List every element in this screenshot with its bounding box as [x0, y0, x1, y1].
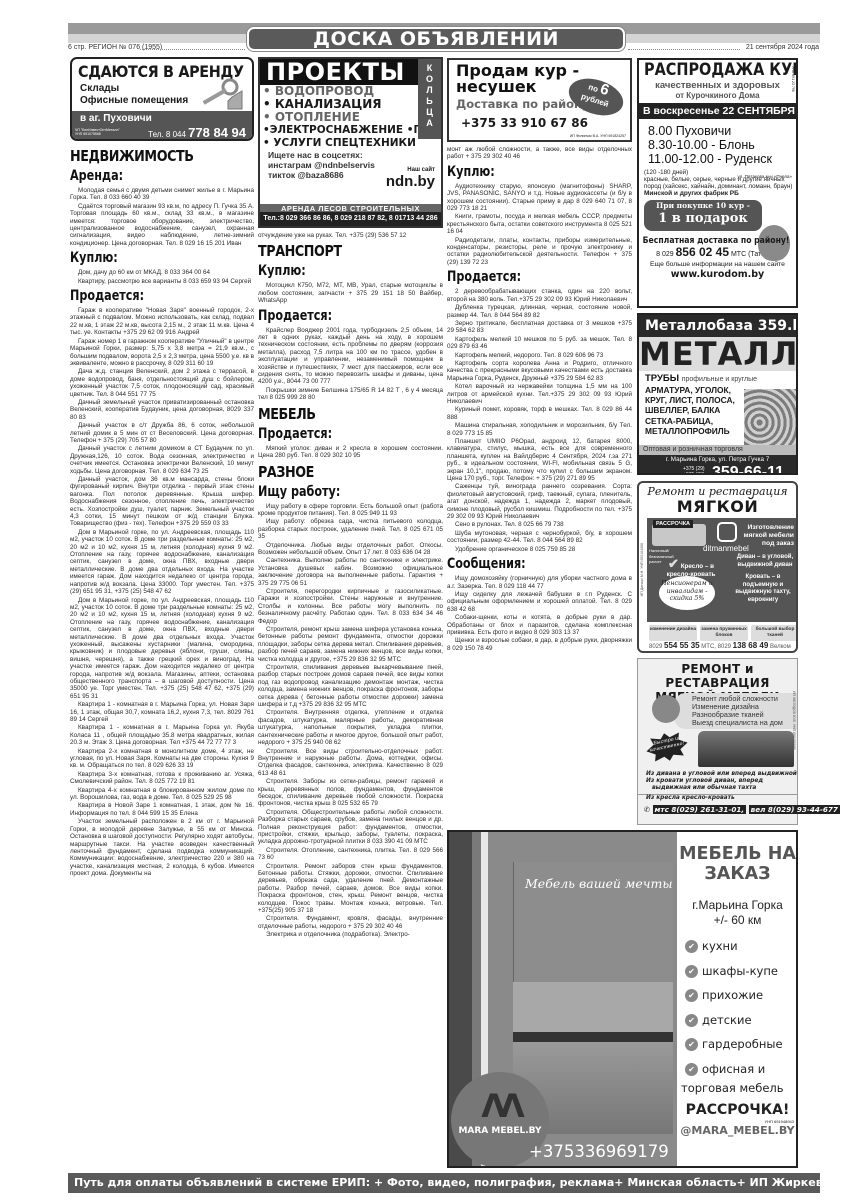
ad-rent-ip: ЧП "БелИнвестОптМеталл" УНП 691075568 [75, 128, 125, 136]
tile: большой выбор тканей [751, 625, 798, 641]
product-item: ✔гардеробные [685, 1032, 798, 1057]
product-item-cont: торговая мебель [681, 1081, 798, 1095]
phone-prefix: Тел. 8 044 [148, 130, 186, 139]
classified-ad: Мягкий уголок: диван и 2 кресла в хороше… [258, 445, 443, 460]
classified-ad: Электрика и отделочника (подработка). Эл… [258, 931, 443, 938]
classified-ad: Покрышки зимние Белшина 175/65 R 14 82 Т… [258, 387, 443, 402]
classified-ad: Аудиотехнику старую, японскую (магнитофо… [447, 183, 632, 213]
classified-ad: Участок земельный расположен в 2 км от г… [70, 818, 254, 877]
hen-factories: Минской и других фабрик РБ [644, 190, 739, 197]
service-bed: Кровать – в подъемную и выдвижную тахту,… [731, 574, 795, 604]
instagram-handle: ditmanmebel [703, 544, 749, 553]
check-icon: ✔ [685, 989, 698, 1002]
classified-ad: Мотоцикл К750, М72, МТ, МВ, Урал, старые… [258, 282, 443, 304]
classified-ad: Дом в Марьиной горке, по ул. Андреевская… [70, 597, 254, 701]
product-label: офисная и [702, 1062, 765, 1076]
classified-ad: Радиодетали, платы, контакты, приборы из… [447, 237, 632, 267]
ad-sale-date: В воскресенье 22 СЕНТЯБРЯ [639, 103, 796, 119]
continued-text: отчуждение уже на руках. Тел. +375 (29) … [258, 232, 443, 239]
classified-ad: Ищу работу: обрезка сада, чистка питьево… [258, 518, 443, 540]
classified-ad: Строителя. Ремонт заборов стен крыш фунд… [258, 863, 443, 915]
phone-operator: МТС, [701, 644, 716, 650]
ad-rest-title1: РЕМОНТ и РЕСТАВРАЦИЯ [638, 662, 797, 690]
product-item: ✔кухни [685, 934, 798, 959]
installment-badge: РАССРОЧКА [653, 520, 693, 528]
classified-ad: Квартира 2-х комнатная в монолитном доме… [70, 748, 254, 770]
phone-number: 856 02 45 [676, 245, 729, 259]
instagram-icon [717, 522, 737, 542]
category-heading: НЕДВИЖИМОСТЬ [70, 147, 226, 165]
check-icon: ✔ [685, 1014, 698, 1027]
classified-ad: Строителя. Внутренняя отделка, утепление… [258, 709, 443, 746]
conversion-list: Из дивана в угловой или вперед выдвижной… [646, 771, 797, 792]
classified-ad: Зерно тритикале, бесплатная доставка от … [447, 320, 632, 335]
subheading-rent: Аренда: [70, 168, 217, 185]
pipes-label: ТРУБЫ [645, 373, 679, 384]
phone-number: 359-66-11 [712, 464, 784, 475]
check-icon: ✔ [668, 556, 679, 571]
ad-hen-sale: РАСПРОДАЖА КУР качественных и здоровых о… [637, 58, 798, 308]
product-label: шкафы-купе [702, 964, 778, 978]
classified-ad: Дом в Марьиной горке, по ул. Андреевская… [70, 529, 254, 596]
classified-ad: Сдаётся торговый магазин 93 кв.м, по адр… [70, 203, 254, 247]
ad-hens: Продам кур - несушек Доставка по району … [447, 58, 632, 142]
sale-unp: УНП 691 23 796 [791, 66, 795, 92]
category-heading: РАЗНОЕ [258, 463, 415, 481]
phone-number: 138 68 49 [733, 641, 769, 650]
column-real-estate: НЕДВИЖИМОСТЬ Аренда: Молодая семья с дву… [70, 144, 254, 879]
classified-ad: Квартира в Новой Заре 1 комнатная, 1 эта… [70, 802, 254, 817]
social-title: Ищете нас в соцсетях: [260, 150, 441, 160]
service-heating: • ОТОПЛЕНИЕ [260, 111, 441, 124]
classified-ad: Дачный земельный участок приватизированн… [70, 399, 254, 421]
category-heading: МЕБЕЛЬ [258, 405, 415, 423]
ad-projects-site: Наш сайт ndn.by [386, 167, 435, 190]
gift-line2: 1 в подарок [644, 211, 762, 227]
classified-ad: Щенки и взрослые собаки, в дар, в добрые… [447, 637, 632, 652]
service-sofa: Диван – в угловой, выдвижной диван [734, 554, 796, 569]
pipes: ТРУБЫ профильные и круглые [645, 373, 796, 385]
subheading-buy: Куплю: [447, 164, 595, 181]
ad-metal-title: Металлобаза 359.by [639, 315, 796, 337]
mara-radius: +/- 60 км [677, 913, 798, 928]
product-item: ✔детские [685, 1008, 798, 1033]
service-text: Кровать – в подъемную и выдвижную тахту,… [735, 574, 790, 603]
conversion-item: Из дивана в угловой или вперед выдвижной [646, 771, 797, 778]
ad-metal-big: МЕТАЛЛ [639, 337, 796, 371]
ad-metal: Металлобаза 359.by МЕТАЛЛ ТРУБЫ профильн… [637, 313, 798, 475]
phone-prefix: 8029 [649, 644, 662, 650]
phone-number: 554 55 35 [664, 641, 700, 650]
erip-payment-footer: Путь для оплаты объявлений в системе ЕРИ… [68, 1173, 820, 1193]
phone-velcom: вел 8(029) 93-44-677 [749, 805, 840, 814]
mara-info: МЕБЕЛЬ НА ЗАКАЗ г.Марьина Горка +/- 60 к… [677, 832, 798, 1166]
metal-address: г. Марьина Горка, ул. Петра Гучка 7 [639, 455, 796, 464]
classified-ad: Саженцы туй, винограда раннего созревани… [447, 483, 632, 520]
gift-line1: При покупке 10 кур - [644, 200, 762, 211]
classified-ad: Строителя. Общестроительные работы любой… [258, 809, 443, 846]
classified-ad: Дубленка турецкая, длинная, черная, сост… [447, 304, 632, 319]
classified-ad: Строителя. Фундамент, кровля, фасады, вн… [258, 915, 443, 930]
logo-mark-icon: ΛΛ [451, 1086, 549, 1126]
metal-phone: +375 (29) +375 (33) 359-66-11 [639, 464, 796, 475]
classified-ad: Строителя, ремонт крыш замена шифера уст… [258, 626, 443, 663]
pipes-image [744, 389, 796, 445]
ad-rent-location: в аг. Пуховичи [72, 111, 252, 124]
classified-ad: Строителя, спиливания деревьев выкарчевы… [258, 664, 443, 708]
phone-icon: ✆ [644, 805, 650, 814]
ad-mara-mebel: Мебель вашей мечты ΛΛ MARA MEBEL.BY +375… [447, 830, 798, 1168]
trade-type: Оптовая и розничная торговля [639, 445, 796, 455]
phone-operator: Велком [770, 644, 791, 650]
ad-projects: ПРОЕКТЫ КОЛЬЦА • ВОДОПРОВОД • КАНАЛИЗАЦИ… [258, 57, 443, 228]
restoration-list: Ремонт любой сложности Изменение дизайна… [674, 693, 798, 729]
sale-website[interactable]: www.kurodom.by [639, 269, 796, 281]
countertop [513, 1032, 673, 1042]
restoration-ip: ИП ЖЕЛУДОК Ю.В. УНП 690298888 [792, 691, 796, 750]
service-text: Диван – в угловой, выдвижной диван [737, 554, 793, 568]
subheading-sell: Продается: [258, 426, 406, 443]
keys-icon [194, 77, 244, 111]
page-title: ДОСКА ОБЪЯВЛЕНИЙ [247, 27, 625, 51]
classified-ad: Строителя. Заборы из сетки-рабицы, ремон… [258, 778, 443, 808]
backsplash [513, 982, 673, 1032]
classified-ad: Крайслер Вояджер 2001 года, турбодизель … [258, 327, 443, 386]
ad-hens-phone: +375 33 910 67 86 [461, 116, 630, 130]
list-item: Выезд специалиста на дом [692, 719, 794, 727]
service-machinery: • УСЛУГИ СПЕЦТЕХНИКИ [260, 137, 441, 150]
classified-ad: Дачный участок с летним домиком в СТ Буд… [70, 445, 254, 475]
conversion-item: Из кресла кресло-кровать [638, 795, 797, 802]
price-pre: по [587, 82, 599, 94]
sale-address: ул. Пятакова м-н «Пчела» [738, 174, 792, 180]
classified-ad: Отделочника. Любые виды отделочных работ… [258, 542, 443, 557]
classified-ad: Сено в рулонах. Тел. 8 025 66 79 738 [447, 521, 632, 528]
classified-ad: Дачный участок в с/т Дружба 86, 6 соток,… [70, 422, 254, 444]
ad-rent-bar: в аг. Пуховичи ЧП "БелИнвестОптМеталл" У… [72, 111, 252, 141]
classified-ad: Молодая семья с двумя детьми снимет жиль… [70, 187, 254, 202]
classified-ad: Квартира 3-х комнатная, готова к прожива… [70, 771, 254, 786]
classified-ad: Квартира 1 - комнатная в г. Марьина Горк… [70, 701, 254, 723]
classified-ad: Сантехника. Выполню работы по сантехнике… [258, 557, 443, 587]
pensioner-discount: Пенсионерам и инвалидам - скидка 5% [659, 576, 715, 610]
classified-ad: Ищу работу в сфере торговли. Есть большо… [258, 503, 443, 518]
classified-ad: Куриный помет, коровяк, торф в мешках. Т… [447, 406, 632, 421]
mara-slogan: Мебель вашей мечты [525, 876, 673, 891]
product-item: ✔офисная и [685, 1057, 798, 1082]
classified-ad: Картофель мелкий, недорого. Тел. 8 029 6… [447, 352, 632, 359]
restoration-phones: ✆ мтс 8(029) 261-31-01, вел 8(029) 93-44… [638, 805, 797, 814]
header-dots-left [140, 49, 245, 50]
subheading-sell: Продается: [258, 308, 406, 325]
subheading-buy: Куплю: [70, 250, 217, 267]
service-electric-gas: •ЭЛЕКТРОСНАБЖЕНИЕ •ГАЗ [260, 124, 441, 137]
classified-ad: Ищу домохозяйку (горничную) для уборки ч… [447, 575, 632, 590]
classified-ad: Котел варочный из нержавейки толщина 1,5… [447, 383, 632, 405]
product-label: кухни [702, 939, 738, 953]
subheading-messages: Сообщения: [447, 556, 595, 573]
quality-star-badge: Быстро и качественно! [644, 729, 691, 765]
tile: замена пружинных блоков [700, 625, 748, 641]
conversion-item: выдвижная или обычная тахта [646, 785, 797, 792]
craftsman-icon [652, 695, 680, 723]
ad-rent: СДАЮТСЯ В АРЕНДУ Склады Офисные помещени… [70, 57, 254, 141]
classified-ad: Квартира 1 - комнатная в г. Марьина Горк… [70, 724, 254, 746]
subheading-sell: Продается: [447, 269, 595, 286]
service-tiles: изменение дизайна замена пружинных блоко… [649, 625, 798, 641]
column-buy-sell: монт аж любой сложности, а также, все ви… [447, 146, 632, 653]
pipes-desc: профильные и круглые [682, 376, 757, 383]
ad-soft-furniture: Ремонт и реставрация МЯГКОЙ МЕБЕЛИ РАССР… [637, 481, 798, 653]
classified-ad: Квартиру, рассмотрю все варианты 8 033 6… [70, 278, 254, 285]
classified-ad: Дачный участок, дом 36 кв.м мансарда, ст… [70, 476, 254, 528]
site-url: ndn.by [386, 173, 435, 190]
classified-ad: Строителя. Отопление, сантехника, плитка… [258, 847, 443, 862]
mara-title: МЕБЕЛЬ НА ЗАКАЗ [677, 844, 798, 884]
logo-text: MARA MEBEL.BY [451, 1126, 549, 1136]
classified-ad: Картофель сорта королева Анна и Родриго,… [447, 360, 632, 382]
product-label: детские [702, 1013, 752, 1027]
ad-metal-body: ТРУБЫ профильные и круглые АРМАТУРА, УГО… [639, 371, 796, 445]
mara-products: ✔кухни ✔шкафы-купе ✔прихожие ✔детские ✔г… [677, 934, 798, 1095]
ad-projects-rings: КОЛЬЦА [418, 59, 441, 139]
product-item: ✔шкафы-купе [685, 959, 798, 984]
phone-mts: мтс 8(029) 261-31-01, [653, 805, 747, 814]
classified-ad: Дом, дачу до 60 км от МКАД. 8 033 364 00… [70, 269, 254, 276]
classified-ad: Планшет UMIIO P6Opad, андроид 12, батаре… [447, 438, 632, 482]
classified-ad: Шуба мутоновая, черная с чернобуркой, б/… [447, 530, 632, 545]
sofa-image [698, 731, 794, 767]
ad-projects-phones: Тел.:8 029 366 86 86, 8 029 218 87 82, 8… [260, 212, 441, 226]
category-heading: ТРАНСПОРТ [258, 242, 415, 260]
ad-hens-ip: ИП Филипчик В.А. УНП 691824257 [570, 134, 626, 138]
ad-projects-title: ПРОЕКТЫ [260, 59, 420, 85]
classified-ad: Книги, грамоты, посуда и мелкая мебель С… [447, 213, 632, 235]
schedule-item: 8.30-10.00 - Блонь [648, 138, 796, 152]
check-icon: ✔ [685, 940, 698, 953]
page-number: 6 стр. [68, 44, 86, 51]
ad-restoration-footer: Из кресла кресло-кровать ✆ мтс 8(029) 26… [637, 795, 798, 825]
product-label: гардеробные [702, 1037, 783, 1051]
subheading-work: Ищу работу: [258, 484, 406, 501]
subheading-buy: Куплю: [258, 263, 406, 280]
schedule-item: 11.00-12.00 - Руденск [648, 152, 796, 166]
product-label: прихожие [702, 988, 763, 1002]
newspaper-page: ДОСКА ОБЪЯВЛЕНИЙ 6 стр. РЕГИОН № 076 (19… [0, 0, 849, 1200]
classified-ad: Строителя, перегородки кирпичные и газос… [258, 588, 443, 625]
phone-codes: +375 (29) +375 (33) [683, 466, 705, 475]
classified-ad: Удобрение органическое 8 025 759 85 28 [447, 546, 632, 553]
classified-ad: Гараж номер 1 в гаражном кооперативе "Ул… [70, 338, 254, 368]
header-dots-right [628, 49, 740, 50]
phone-prefix: 8 029 [656, 251, 674, 258]
soft-ip: ИП Дитман М.Н. УНП 692164368 [640, 543, 644, 596]
ad-sale-subtitle: качественных и здоровых [639, 80, 796, 91]
check-icon: ✔ [685, 965, 698, 978]
ad-sale-title: РАСПРОДАЖА КУР [644, 60, 773, 80]
ad-restoration: РЕМОНТ и РЕСТАВРАЦИЯ МЯГКОЙ МЕБЕЛИ Ремон… [637, 658, 798, 795]
free-delivery: Бесплатная доставка по району! [639, 234, 783, 246]
phone-number: 778 84 94 [188, 125, 246, 140]
check-icon: ✔ [685, 1038, 698, 1051]
mara-instagram[interactable]: @MARA_MEBEL.BY [677, 1124, 798, 1138]
phone-prefix: 8029 [718, 644, 731, 650]
subheading-sell: Продается: [70, 288, 217, 305]
soft-phones: 8029 554 55 35 МТС, 8029 138 68 49 Велко… [649, 641, 791, 650]
classified-ad: Ищу сиделку для лежачей бабушки в г.п Ру… [447, 591, 632, 613]
classified-ad: Машина стиральная, холодильник и морозил… [447, 422, 632, 437]
product-item: ✔прихожие [685, 983, 798, 1008]
continued-text: монт аж любой сложности, а также, все ви… [447, 146, 632, 161]
classified-ad: Гараж в кооперативе "Новая Заря" военный… [70, 307, 254, 337]
ad-rent-phone: Тел. 8 044 778 84 94 [148, 125, 246, 140]
schedule-item: 8.00 Пуховичи [648, 124, 796, 138]
mara-installment: РАССРОЧКА! [677, 1101, 798, 1119]
schedule: 8.00 Пуховичи 8.30-10.00 - Блонь 11.00-1… [639, 124, 796, 166]
mara-city: г.Марьина Горка [677, 898, 798, 913]
more-info: Еще больше информации на нашем сайте [639, 261, 796, 269]
classified-ad: 2 деревообрабатывающих станка, один на 2… [447, 288, 632, 303]
classified-ad: Дача ж.д. станция Веленский, дом 2 этажа… [70, 368, 254, 398]
issue-date: 21 сентября 2024 года [746, 44, 819, 51]
mara-phone: +375336969179 [529, 1142, 669, 1161]
tile: изменение дизайна [649, 625, 697, 641]
check-icon: ✔ [685, 1063, 698, 1076]
classified-ad: Картофель мелкий 10 мешков по 5 руб. за … [447, 336, 632, 351]
classified-ad: Собаки-щенки, коты и котята, в добрые ру… [447, 614, 632, 636]
classified-ad: Строителя. Все виды строительно-отделочн… [258, 748, 443, 778]
classified-ad: Квартира 4-х комнатная в блокированном ж… [70, 787, 254, 802]
conversion-item: Из кровати угловой диван, вперед [646, 778, 797, 785]
column-transport-misc: отчуждение уже на руках. Тел. +375 (29) … [258, 232, 443, 940]
gift-offer: При покупке 10 кур - 1 в подарок [644, 200, 762, 231]
ad-sale-from: от Курочкиного Дома [639, 91, 796, 101]
